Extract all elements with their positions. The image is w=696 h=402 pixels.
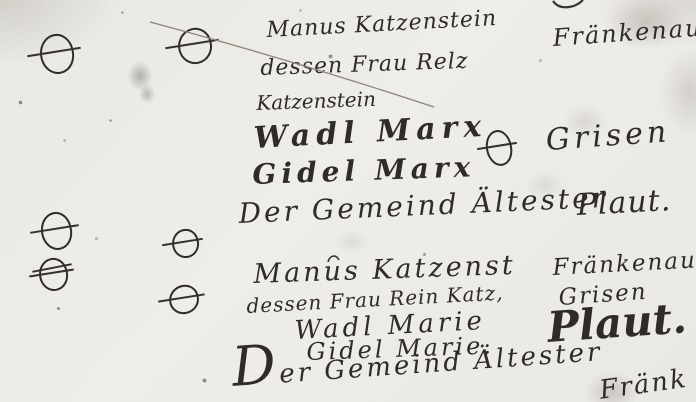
entry1-surname-line: Katzenstein — [256, 89, 376, 113]
oval-stroke — [36, 30, 79, 77]
entry1-wife-line: dessen Frau Relz — [260, 51, 469, 80]
crossed-oval-mark-6 — [39, 258, 64, 287]
clipped-top-stroke — [553, 0, 583, 7]
partial-word-bottom-right: Fränk — [598, 366, 689, 402]
entry2-name-line1: Wadl Marx — [253, 112, 488, 154]
crossed-oval-mark-4 — [41, 212, 68, 246]
crossed-oval-mark-5 — [172, 229, 195, 254]
crossed-oval-mark-2 — [178, 28, 208, 60]
attestation1-signature: Plaut. — [576, 186, 672, 221]
oval-stroke — [37, 209, 76, 253]
entry2-name-line2: Gidel Marx — [252, 153, 476, 189]
ink-specks — [0, 0, 1, 1]
attestation1-text: Der Gemeind Ältester — [238, 184, 609, 228]
entry1-place: Fränkenau — [552, 16, 696, 50]
entry3-place1: Fränkenau — [552, 249, 696, 280]
crossed-oval-mark-1 — [40, 34, 70, 70]
oval-stroke — [174, 24, 216, 67]
crossed-oval-mark-3 — [486, 130, 508, 162]
crossed-oval-mark-7 — [169, 285, 195, 310]
scanned-document-page: Manus Katzenstein dessen Frau Relz Katze… — [0, 0, 696, 402]
entry2-place: Grisen — [545, 117, 671, 156]
oval-stroke — [169, 226, 202, 261]
oval-stroke — [166, 282, 202, 317]
oval-stroke — [35, 255, 71, 294]
attestation2-signature: Plaut. — [546, 297, 688, 349]
entry1-name-line: Manus Katzenstein — [266, 8, 498, 42]
